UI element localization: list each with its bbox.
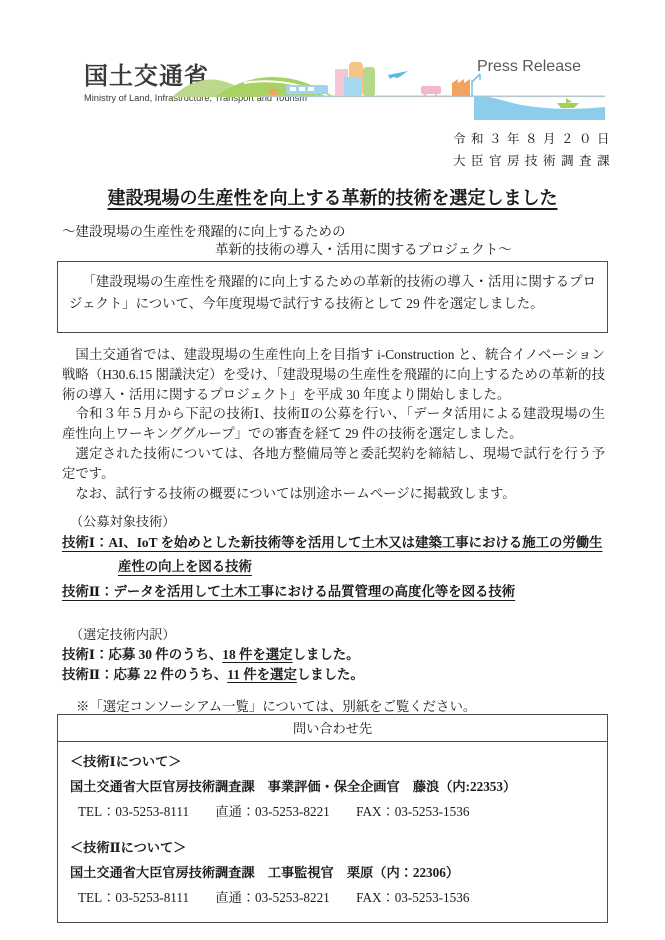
body-paragraph: なお、試行する技術の概要については別途ホームページに掲載致します。 [62, 484, 605, 504]
press-release-page: { "header": { "ministry_name": "国土交通省", … [0, 0, 665, 940]
bus-icon [421, 86, 441, 96]
selected-tech1: 技術Ⅰ：応募 30 件のうち、18 件を選定しました。 [62, 644, 360, 663]
contact-tel-line: TEL：03-5253-8111 直通：03-5253-8221 FAX：03-… [70, 885, 595, 910]
body-paragraph: 令和３年５月から下記の技術Ⅰ、技術Ⅱの公募を行い、「データ活用による建設現場の生… [62, 404, 605, 444]
subtitle-line2: 革新的技術の導入・活用に関するプロジェクト～ [215, 238, 512, 258]
solicited-tech-label: （公募対象技術） [70, 511, 176, 530]
contact-section-title: ＜技術Ⅱについて＞ [70, 835, 595, 860]
selected-tech-label: （選定技術内訳） [70, 624, 176, 643]
contact-section-title: ＜技術Ⅰについて＞ [70, 749, 595, 774]
buildings-icon [335, 62, 375, 96]
page-title: 建設現場の生産性を向上する革新的技術を選定しました [0, 184, 665, 210]
ship-icon [557, 98, 579, 108]
solicited-tech2: 技術Ⅱ：データを活用して土木工事における品質管理の高度化等を図る技術 [62, 580, 607, 604]
ground-line [260, 96, 605, 98]
selected-tech2: 技術Ⅱ：応募 22 件のうち、11 件を選定しました。 [62, 664, 364, 683]
date-department-block: 令和３年８月２０日 大臣官房技術調査課 [453, 128, 615, 172]
contact-table-body: ＜技術Ⅰについて＞ 国土交通省大臣官房技術調査課 事業評価・保全企画官 藤浪（内… [58, 742, 607, 922]
attachment-note: ※「選定コンソーシアム一覧」については、別紙をご覧ください。 [76, 696, 476, 715]
subtitle-line1: ～建設現場の生産性を飛躍的に向上するための [62, 220, 346, 240]
department-name: 大臣官房技術調査課 [453, 150, 615, 172]
release-date: 令和３年８月２０日 [453, 128, 615, 150]
small-building-icon [269, 89, 277, 95]
airplane-icon [388, 71, 408, 79]
contact-table: 問い合わせ先 ＜技術Ⅰについて＞ 国土交通省大臣官房技術調査課 事業評価・保全企… [57, 714, 608, 923]
summary-text: 「建設現場の生産性を飛躍的に向上するための革新的技術の導入・活用に関するプロジェ… [69, 271, 596, 315]
body-paragraph: 選定された技術については、各地方整備局等と委託契約を締結し、現場で試行を行う予定… [62, 444, 605, 484]
contact-gap [70, 824, 595, 835]
landscape-illustration [172, 56, 605, 120]
factory-icon [452, 74, 480, 96]
contact-table-header: 問い合わせ先 [58, 715, 607, 742]
contact-tel-line: TEL：03-5253-8111 直通：03-5253-8221 FAX：03-… [70, 799, 595, 824]
solicited-tech1: 技術Ⅰ：AI、IoT を始めとした新技術等を活用して土木又は建築工事における施工… [62, 531, 607, 579]
body-paragraph: 国土交通省では、建設現場の生産性向上を目指す i-Construction と、… [62, 345, 605, 404]
summary-box: 「建設現場の生産性を飛躍的に向上するための革新的技術の導入・活用に関するプロジェ… [57, 261, 608, 333]
contact-org-line: 国土交通省大臣官房技術調査課 工事監視官 栗原（内：22306） [70, 860, 595, 885]
sea-wave-icon [474, 96, 605, 120]
body-text: 国土交通省では、建設現場の生産性向上を目指す i-Construction と、… [62, 345, 605, 503]
contact-org-line: 国土交通省大臣官房技術調査課 事業評価・保全企画官 藤浪（内:22353） [70, 774, 595, 799]
